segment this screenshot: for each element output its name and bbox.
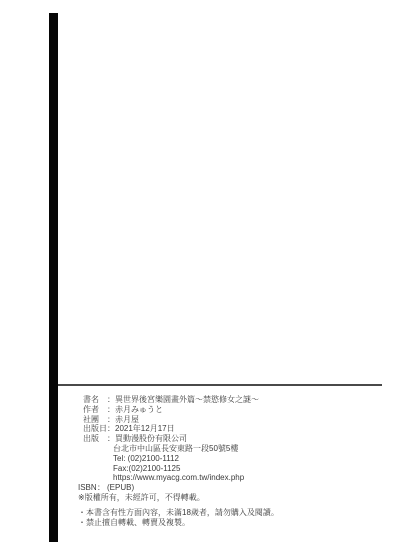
field-value-book-title: 異世界後宮樂園畫外篇～禁慾修女之謎～ (115, 395, 259, 404)
colophon-row-publisher: 出版：買動漫股份有限公司 (78, 434, 390, 444)
field-label: 出版日 (83, 424, 107, 434)
left-border-bar (49, 13, 58, 542)
colophon-row-title: 書名：異世界後宮樂園畫外篇～禁慾修女之謎～ (78, 395, 390, 405)
field-value-circle: 赤月屋 (115, 415, 139, 424)
colophon-row-pubdate: 出版日：2021年12月17日 (78, 424, 390, 434)
publisher-fax: Fax:(02)2100-1125 (113, 464, 390, 474)
label-colon: ： (107, 434, 115, 443)
publisher-address: 台北市中山區長安東路一段50號5樓 (113, 444, 390, 454)
publisher-url: https://www.myacg.com.tw/index.php (113, 473, 390, 483)
field-value-author: 赤月みゅうと (115, 405, 163, 414)
copyright-note: ※版權所有，未經許可，不得轉載。 (78, 493, 390, 503)
label-colon: ： (107, 405, 115, 414)
field-value-isbn: (EPUB) (107, 483, 134, 492)
label-colon: ： (97, 483, 105, 492)
field-label: 社團 (83, 415, 107, 425)
label-colon: ： (107, 415, 115, 424)
label-colon: ： (107, 424, 115, 433)
publisher-tel: Tel: (02)2100-1112 (113, 454, 390, 464)
field-value-publisher: 買動漫股份有限公司 (115, 434, 187, 443)
colophon-row-circle: 社團：赤月屋 (78, 415, 390, 425)
colophon-text-block: 書名：異世界後宮樂園畫外篇～禁慾修女之謎～ 作者：赤月みゅうと 社團：赤月屋 出… (78, 395, 390, 527)
colophon-row-isbn: ISBN：(EPUB) (78, 483, 390, 493)
field-label: 書名 (83, 395, 107, 405)
notice-adult-content: ・本書含有性方面內容，未滿18歲者，請勿購入及閱讀。 (78, 508, 390, 518)
field-label: 出版 (83, 434, 107, 444)
divider-line (58, 384, 382, 386)
notices-block: ・本書含有性方面內容，未滿18歲者，請勿購入及閱讀。 ・禁止擅自轉載、轉賣及複製… (78, 508, 390, 528)
field-label-isbn: ISBN (78, 483, 97, 493)
field-label: 作者 (83, 405, 107, 415)
colophon-row-author: 作者：赤月みゅうと (78, 405, 390, 415)
field-value-pubdate: 2021年12月17日 (115, 424, 175, 433)
colophon-page: 書名：異世界後宮樂園畫外篇～禁慾修女之謎～ 作者：赤月みゅうと 社團：赤月屋 出… (0, 0, 400, 560)
notice-no-reproduction: ・禁止擅自轉載、轉賣及複製。 (78, 518, 390, 528)
label-colon: ： (107, 395, 115, 404)
